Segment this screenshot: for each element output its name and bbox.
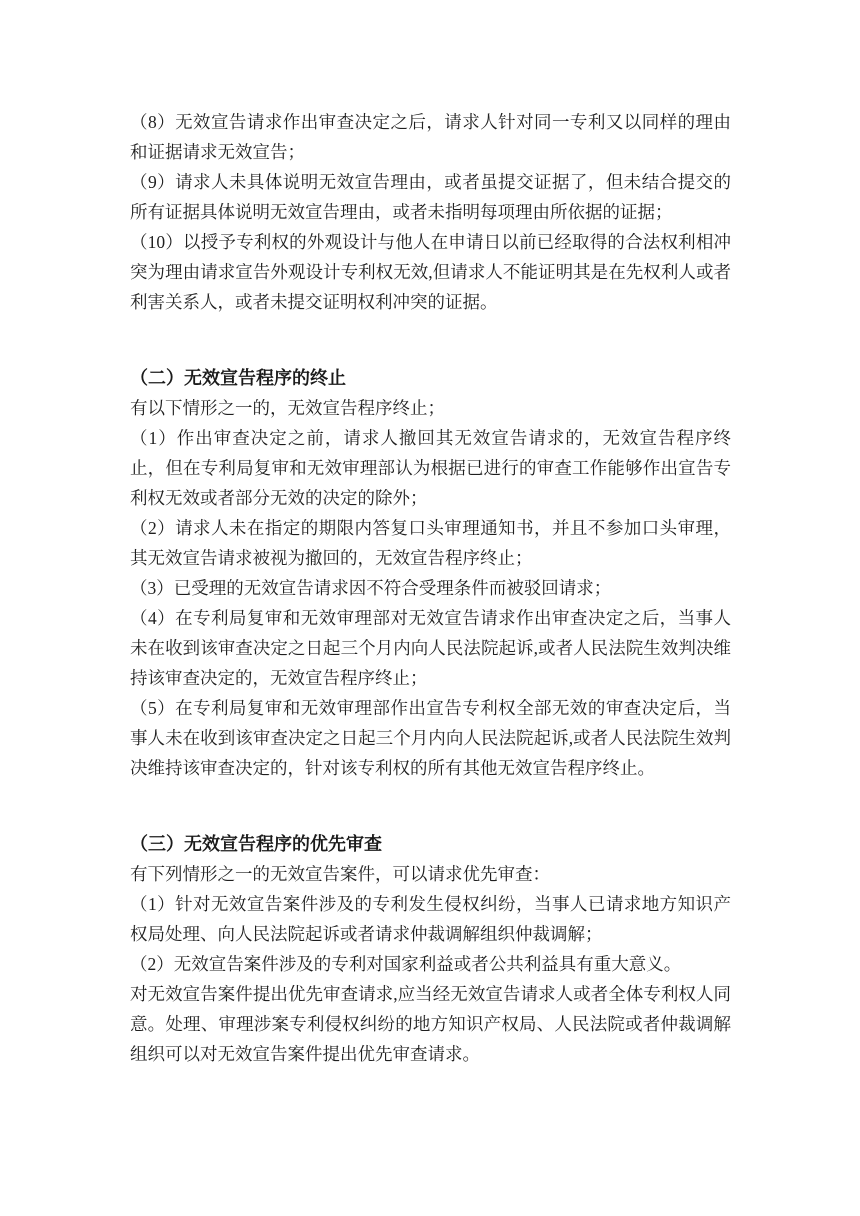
paragraph-item-2: （2）无效宣告案件涉及的专利对国家利益或者公共利益具有重大意义。 [130, 949, 731, 979]
paragraph-item-2: （2）请求人未在指定的期限内答复口头审理通知书，并且不参加口头审理，其无效宣告请… [130, 513, 731, 573]
section-invalid-request-items: （8）无效宣告请求作出审查决定之后，请求人针对同一专利又以同样的理由和证据请求无… [130, 107, 731, 317]
document-body: （8）无效宣告请求作出审查决定之后，请求人针对同一专利又以同样的理由和证据请求无… [130, 107, 731, 1069]
section-heading-2: （二）无效宣告程序的终止 [130, 363, 731, 393]
paragraph-intro: 有以下情形之一的，无效宣告程序终止； [130, 393, 731, 423]
paragraph-item-1: （1）作出审查决定之前，请求人撤回其无效宣告请求的，无效宣告程序终止，但在专利局… [130, 423, 731, 513]
paragraph-item-5: （5）在专利局复审和无效审理部作出宣告专利权全部无效的审查决定后，当事人未在收到… [130, 693, 731, 783]
paragraph-item-1: （1）针对无效宣告案件涉及的专利发生侵权纠纷，当事人已请求地方知识产权局处理、向… [130, 889, 731, 949]
paragraph-item-8: （8）无效宣告请求作出审查决定之后，请求人针对同一专利又以同样的理由和证据请求无… [130, 107, 731, 167]
paragraph-item-4: （4）在专利局复审和无效审理部对无效宣告请求作出审查决定之后，当事人未在收到该审… [130, 603, 731, 693]
document-page: （8）无效宣告请求作出审查决定之后，请求人针对同一专利又以同样的理由和证据请求无… [0, 0, 860, 1216]
paragraph-intro: 有下列情形之一的无效宣告案件，可以请求优先审查： [130, 859, 731, 889]
section-termination-of-invalidation-procedure: （二）无效宣告程序的终止 有以下情形之一的，无效宣告程序终止； （1）作出审查决… [130, 363, 731, 783]
paragraph-closing: 对无效宣告案件提出优先审查请求,应当经无效宣告请求人或者全体专利权人同意。处理、… [130, 979, 731, 1069]
paragraph-item-10: （10）以授予专利权的外观设计与他人在申请日以前已经取得的合法权利相冲突为理由请… [130, 227, 731, 317]
section-heading-3: （三）无效宣告程序的优先审查 [130, 829, 731, 859]
section-priority-examination: （三）无效宣告程序的优先审查 有下列情形之一的无效宣告案件，可以请求优先审查： … [130, 829, 731, 1069]
paragraph-item-3: （3）已受理的无效宣告请求因不符合受理条件而被驳回请求； [130, 573, 731, 603]
paragraph-item-9: （9）请求人未具体说明无效宣告理由，或者虽提交证据了，但未结合提交的所有证据具体… [130, 167, 731, 227]
